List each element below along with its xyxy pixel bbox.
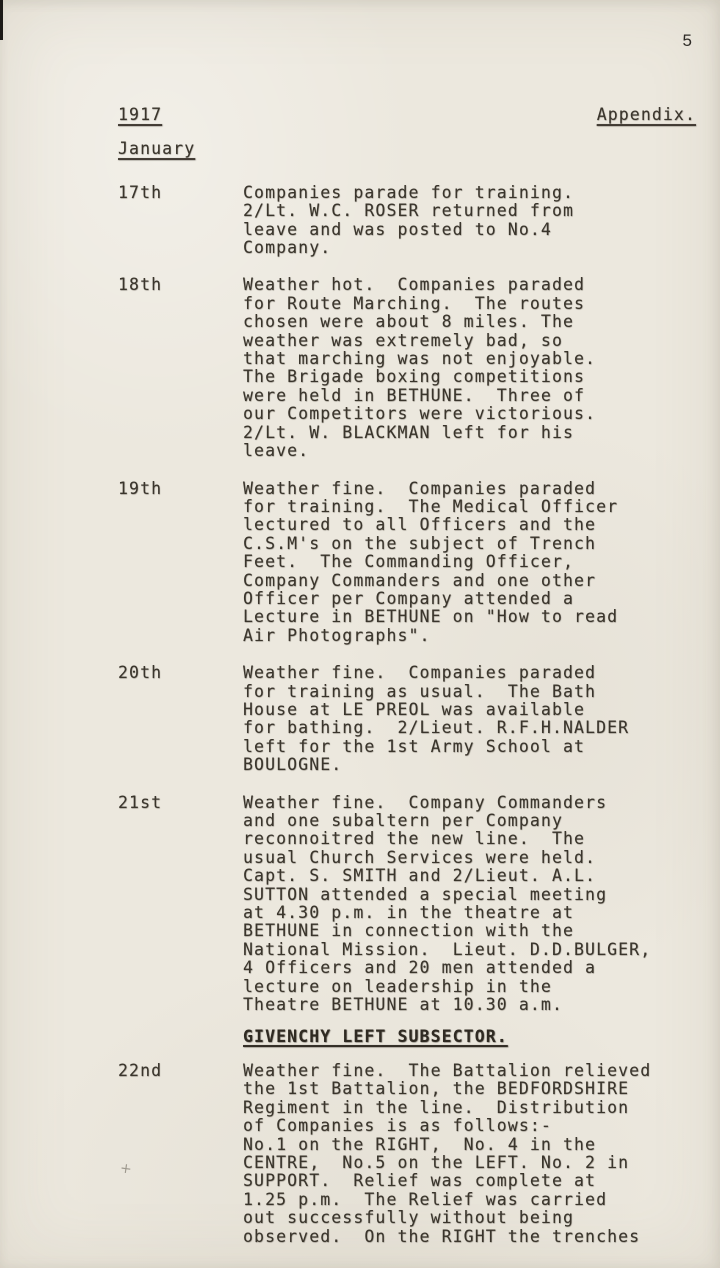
section-heading-givenchy: GIVENCHY LEFT SUBSECTOR. [243,1028,696,1046]
entry-text: Weather fine. Company Commanders and one… [243,794,696,1015]
diary-entry-22nd: 22nd Weather fine. The Battalion relieve… [118,1062,696,1246]
page-number: 5 [683,32,692,50]
scan-edge-artifact [0,0,3,40]
diary-entry-21st: 21st Weather fine. Company Commanders an… [118,794,696,1015]
entry-date: 21st [118,794,243,1015]
diary-entry-19th: 19th Weather fine. Companies paraded for… [118,480,696,646]
month-heading-row: January [118,140,696,158]
diary-entries: 17th Companies parade for training. 2/Lt… [118,184,696,1246]
entry-text: Weather hot. Companies paraded for Route… [243,276,696,460]
diary-entry-20th: 20th Weather fine. Companies paraded for… [118,664,696,774]
entry-date: 19th [118,480,243,646]
diary-entry-17th: 17th Companies parade for training. 2/Lt… [118,184,696,258]
page-content: 1917 Appendix. January 17th Companies pa… [118,106,696,1265]
pencil-mark-annotation: + [119,1159,134,1179]
entry-text: Weather fine. The Battalion relieved the… [243,1062,696,1246]
entry-text: Companies parade for training. 2/Lt. W.C… [243,184,696,258]
appendix-heading: Appendix. [597,106,696,124]
page-header: 1917 Appendix. [118,106,696,124]
diary-entry-18th: 18th Weather hot. Companies paraded for … [118,276,696,460]
entry-text: Weather fine. Companies paraded for trai… [243,480,696,646]
entry-date: 18th [118,276,243,460]
entry-date: 17th [118,184,243,258]
entry-date: 20th [118,664,243,774]
month-heading: January [118,139,195,158]
year-heading: 1917 [118,106,162,124]
entry-date: 22nd [118,1062,243,1246]
entry-text: Weather fine. Companies paraded for trai… [243,664,696,774]
scanned-diary-page: 5 1917 Appendix. January 17th Companies … [0,0,720,1268]
